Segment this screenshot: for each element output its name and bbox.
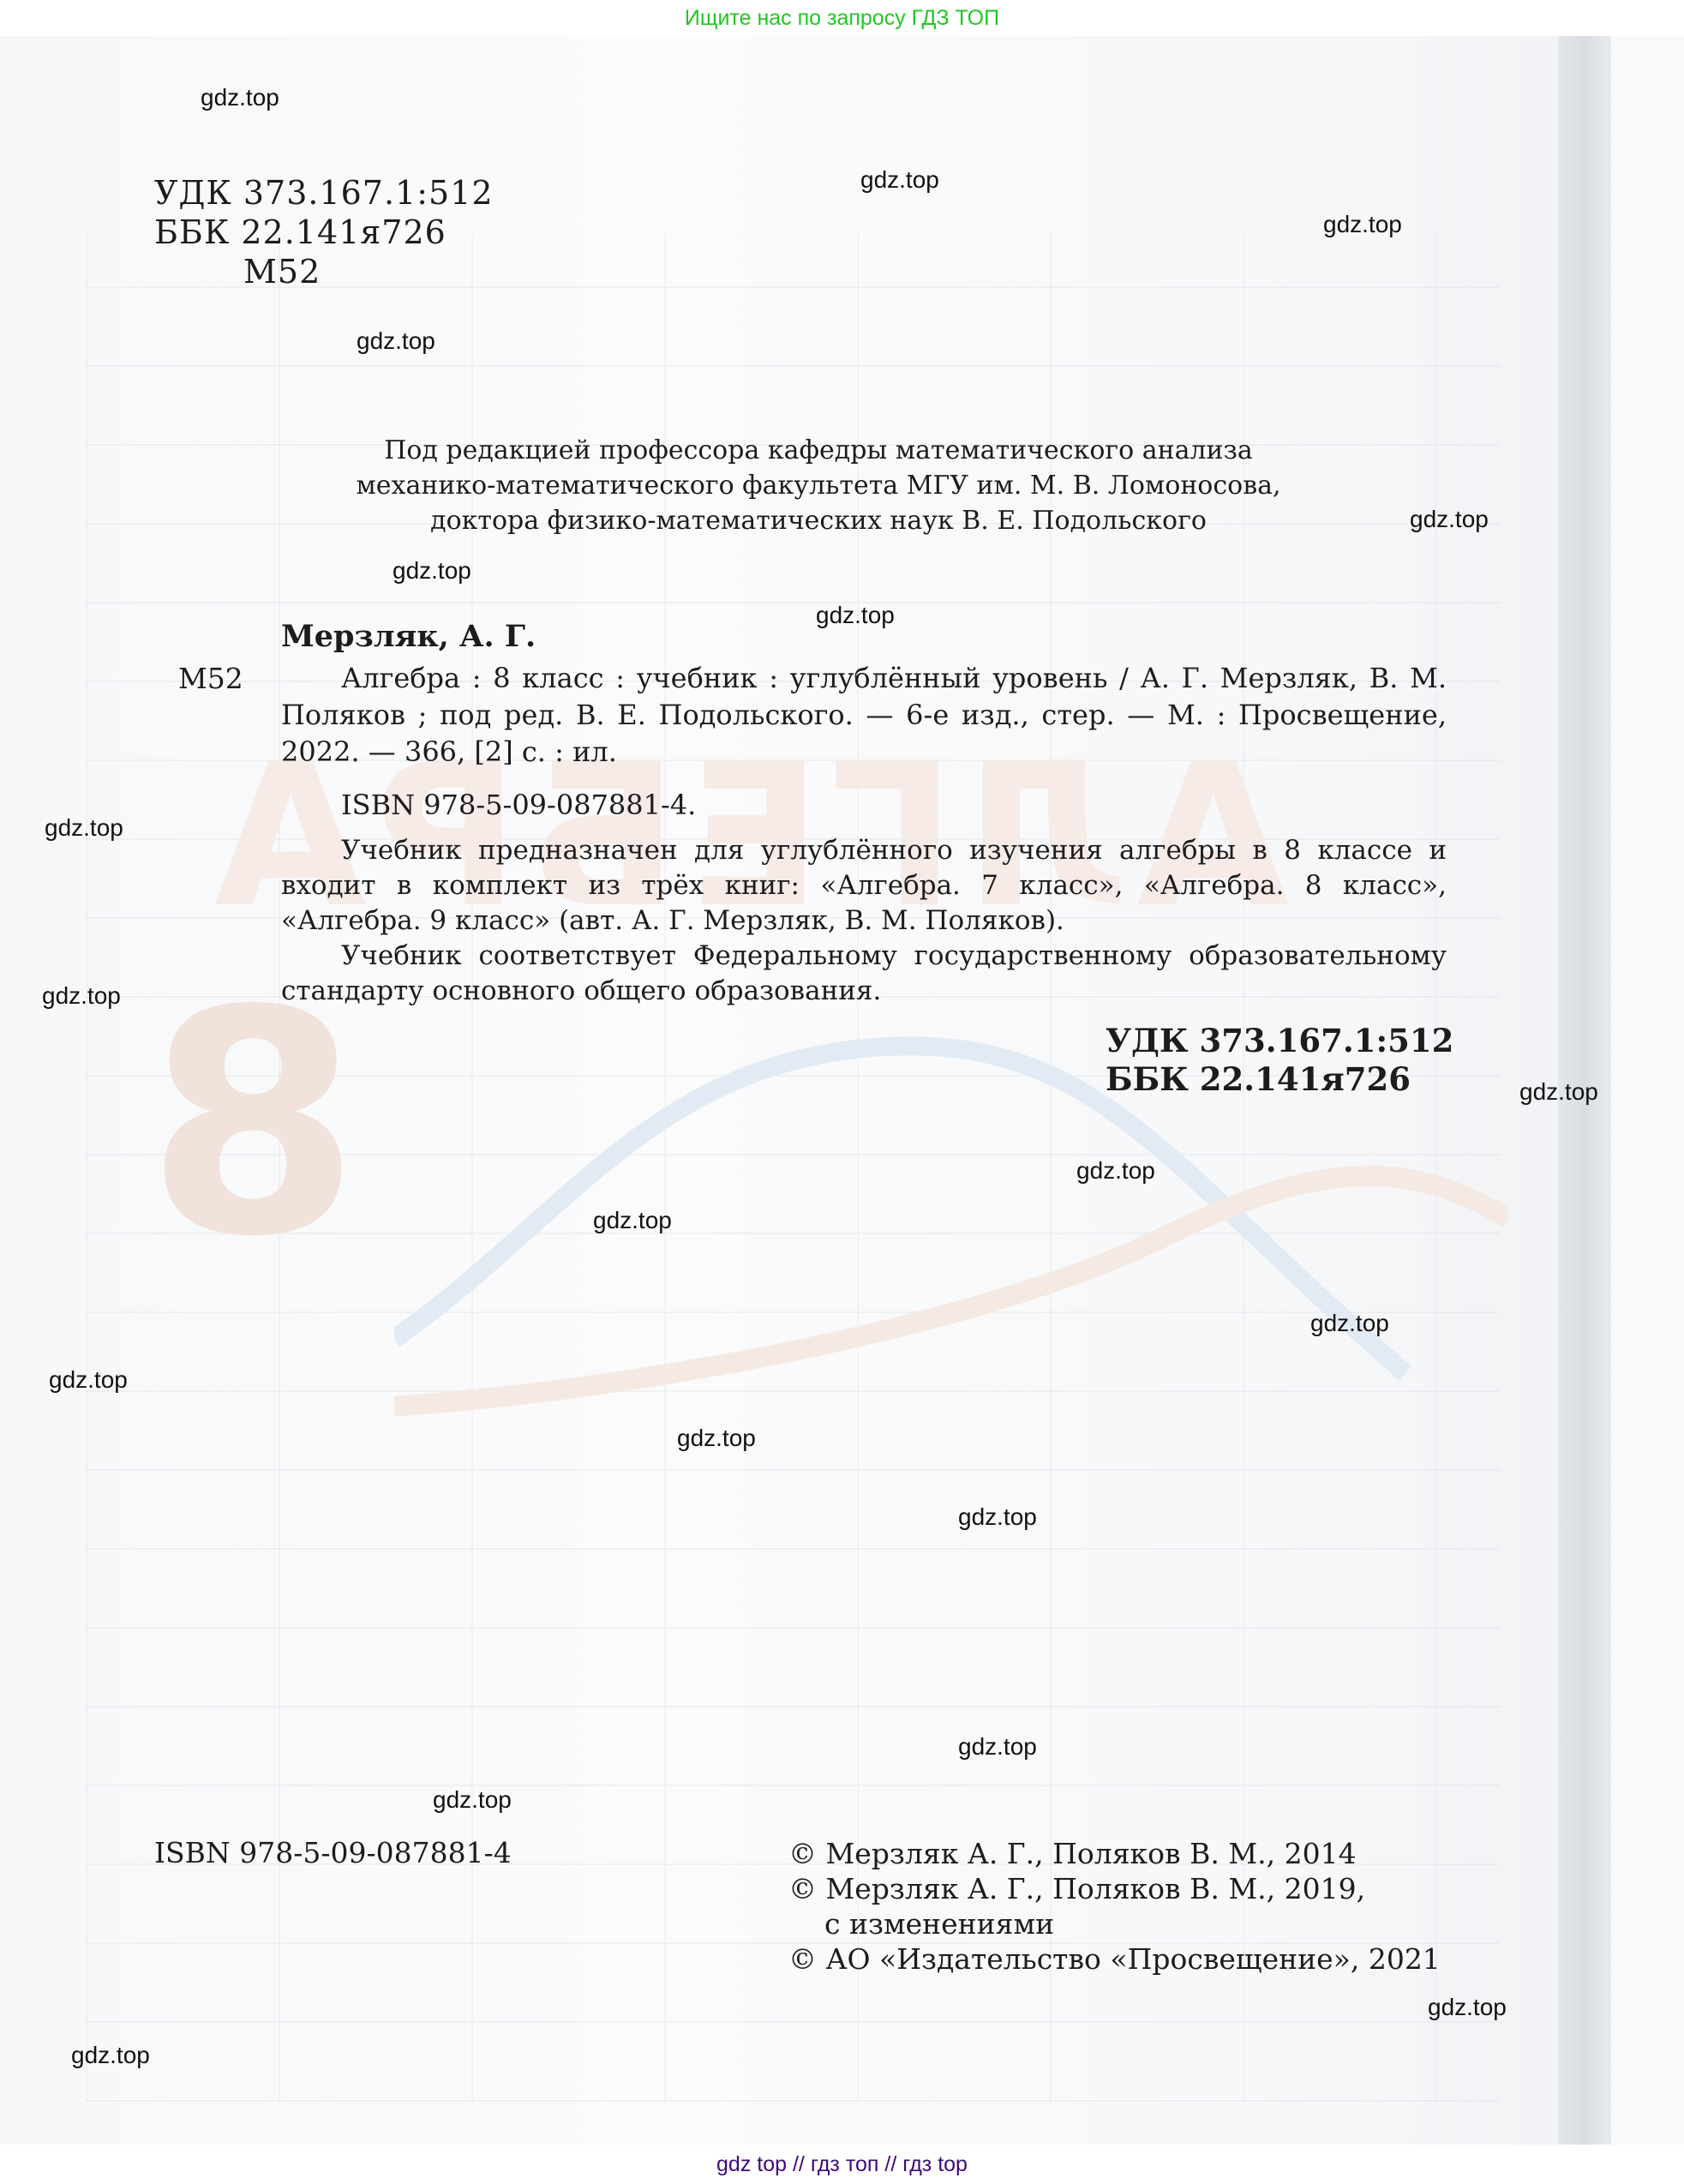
watermark-label: gdz.top — [1428, 1995, 1507, 2019]
show-through-grade-number: 8 — [146, 970, 361, 1279]
watermark-label: gdz.top — [860, 168, 939, 192]
watermark-label: gdz.top — [71, 2043, 150, 2067]
bbk-code: ББК 22.141я726 — [1106, 1060, 1453, 1099]
watermark-label: gdz.top — [45, 816, 123, 840]
annotation-paragraph: Учебник предназначен для углублённого из… — [281, 833, 1447, 939]
udk-code: УДК 373.167.1:512 — [1106, 1022, 1453, 1060]
copyright-line: © Мерзляк А. Г., Поляков В. М., 2019, — [788, 1871, 1441, 1906]
watermark-label: gdz.top — [1323, 213, 1402, 237]
author-mark: М52 — [154, 252, 494, 291]
editor-note-line: доктора физико-математических наук В. Е.… — [249, 503, 1388, 538]
copyright-line: © АО «Издательство «Просвещение», 2021 — [788, 1941, 1441, 1977]
watermark-label: gdz.top — [1076, 1159, 1155, 1183]
watermark-label: gdz.top — [393, 559, 471, 583]
watermark-label: gdz.top — [1310, 1311, 1389, 1335]
watermark-label: gdz.top — [958, 1505, 1037, 1529]
copyright-block: © Мерзляк А. Г., Поляков В. М., 2014 © М… — [788, 1836, 1441, 1977]
watermark-label: gdz.top — [357, 329, 435, 353]
watermark-label: gdz.top — [201, 86, 279, 110]
classification-top: УДК 373.167.1:512 ББК 22.141я726 М52 — [154, 173, 494, 291]
bbk-code: ББК 22.141я726 — [154, 213, 494, 252]
watermark-label: gdz.top — [1519, 1080, 1598, 1104]
watermark-label: gdz.top — [677, 1426, 756, 1450]
watermark-label: gdz.top — [1410, 507, 1489, 531]
annotation-paragraph: Учебник соответствует Федеральному госуд… — [281, 939, 1447, 1009]
classification-bottom: УДК 373.167.1:512 ББК 22.141я726 — [1106, 1022, 1453, 1099]
editor-note-line: Под редакцией профессора кафедры математ… — [249, 433, 1388, 468]
watermark-label: gdz.top — [42, 984, 121, 1008]
bibliographic-description-text: Алгебра : 8 класс : учебник : углублённы… — [281, 660, 1447, 771]
bibliographic-description: Алгебра : 8 класс : учебник : углублённы… — [281, 660, 1447, 771]
author-heading: Мерзляк, А. Г. — [281, 619, 536, 654]
editor-note-line: механико-математического факультета МГУ … — [249, 468, 1388, 503]
copyright-line: с изменениями — [788, 1906, 1441, 1941]
watermark-label: gdz.top — [816, 603, 895, 627]
bottom-banner: gdz top // гдз топ // гдз top — [0, 2145, 1684, 2184]
watermark-label: gdz.top — [958, 1735, 1037, 1759]
watermark-label: gdz.top — [593, 1209, 672, 1233]
top-banner: Ищите нас по запросу ГДЗ ТОП — [0, 0, 1684, 36]
editor-note: Под редакцией профессора кафедры математ… — [249, 433, 1388, 538]
copyright-line: © Мерзляк А. Г., Поляков В. М., 2014 — [788, 1836, 1441, 1871]
annotation: Учебник предназначен для углублённого из… — [281, 833, 1447, 1009]
margin-author-mark: М52 — [178, 662, 243, 695]
page-margin-right — [1611, 36, 1684, 2145]
isbn-record: ISBN 978-5-09-087881-4. — [341, 789, 696, 821]
watermark-label: gdz.top — [49, 1368, 128, 1392]
watermark-label: gdz.top — [433, 1788, 512, 1812]
footer-isbn: ISBN 978-5-09-087881-4 — [154, 1836, 512, 1869]
udk-code: УДК 373.167.1:512 — [154, 173, 494, 213]
